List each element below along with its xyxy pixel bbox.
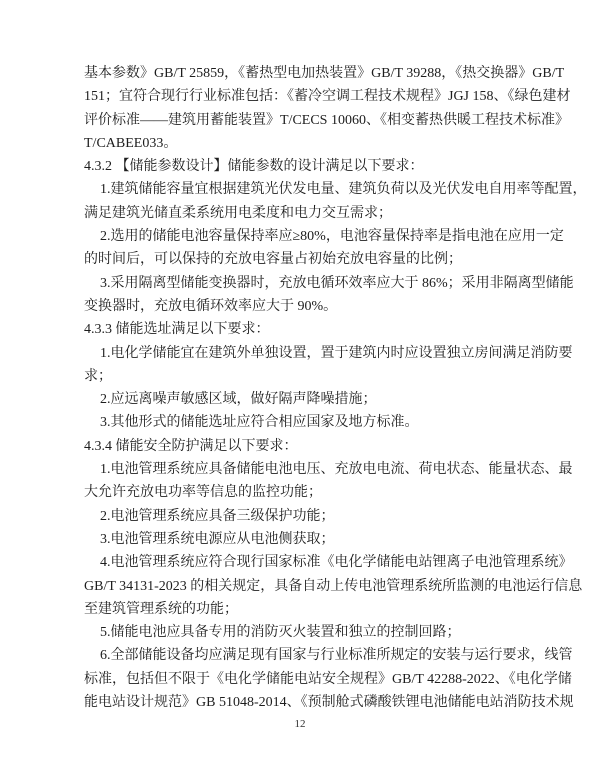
text-line: 大允许充放电功率等信息的监控功能； bbox=[84, 481, 522, 504]
text-line: GB/T 34131-2023 的相关规定，具备自动上传电池管理系统所监测的电池… bbox=[84, 575, 522, 598]
page-number: 12 bbox=[0, 718, 600, 730]
text-line: 6.全部储能设备均应满足现有国家与行业标准所规定的安装与运行要求，线管 bbox=[84, 644, 522, 667]
text-line: 求； bbox=[84, 365, 522, 388]
text-line: 1.建筑储能容量宜根据建筑光伏发电量、建筑负荷以及光伏发电自用率等配置， bbox=[84, 178, 522, 201]
text-line: 3.采用隔离型储能变换器时，充放电循环效率应大于 86%；采用非隔离型储能 bbox=[84, 272, 522, 295]
text-line: 的时间后，可以保持的充放电容量占初始充放电容量的比例； bbox=[84, 248, 522, 271]
text-line: 基本参数》GB/T 25859，《蓄热型电加热装置》GB/T 39288，《热交… bbox=[84, 62, 522, 85]
text-line: 2.电池管理系统应具备三级保护功能； bbox=[84, 505, 522, 528]
text-line: 3.其他形式的储能选址应符合相应国家及地方标准。 bbox=[84, 411, 522, 434]
text-line: 4.3.2 【储能参数设计】储能参数的设计满足以下要求： bbox=[84, 155, 522, 178]
text-line: 能电站设计规范》GB 51048-2014、《预制舱式磷酸铁锂电池储能电站消防技… bbox=[84, 691, 522, 714]
text-line: 4.3.4 储能安全防护满足以下要求： bbox=[84, 435, 522, 458]
text-line: 151；宜符合现行行业标准包括：《蓄冷空调工程技术规程》JGJ 158、《绿色建… bbox=[84, 85, 522, 108]
text-line: 2.选用的储能电池容量保持率应≥80%，电池容量保持率是指电池在应用一定 bbox=[84, 225, 522, 248]
text-line: 4.电池管理系统应符合现行国家标准《电化学储能电站锂离子电池管理系统》 bbox=[84, 551, 522, 574]
document-page: 基本参数》GB/T 25859，《蓄热型电加热装置》GB/T 39288，《热交… bbox=[0, 0, 600, 776]
text-line: 1.电池管理系统应具备储能电池电压、充放电电流、荷电状态、能量状态、最 bbox=[84, 458, 522, 481]
text-line: T/CABEE033。 bbox=[84, 132, 522, 155]
text-line: 标准，包括但不限于《电化学储能电站安全规程》GB/T 42288-2022、《电… bbox=[84, 668, 522, 691]
text-line: 5.储能电池应具备专用的消防灭火装置和独立的控制回路； bbox=[84, 621, 522, 644]
text-line: 评价标准——建筑用蓄能装置》T/CECS 10060、《相变蓄热供暖工程技术标准… bbox=[84, 109, 522, 132]
text-line: 至建筑管理系统的功能； bbox=[84, 598, 522, 621]
text-line: 4.3.3 储能选址满足以下要求： bbox=[84, 318, 522, 341]
text-line: 满足建筑光储直柔系统用电柔度和电力交互需求； bbox=[84, 202, 522, 225]
text-line: 2.应远离噪声敏感区域，做好隔声降噪措施； bbox=[84, 388, 522, 411]
page-body: 基本参数》GB/T 25859，《蓄热型电加热装置》GB/T 39288，《热交… bbox=[84, 62, 522, 714]
text-line: 变换器时，充放电循环效率应大于 90%。 bbox=[84, 295, 522, 318]
text-line: 3.电池管理系统电源应从电池侧获取； bbox=[84, 528, 522, 551]
text-line: 1.电化学储能宜在建筑外单独设置，置于建筑内时应设置独立房间满足消防要 bbox=[84, 342, 522, 365]
